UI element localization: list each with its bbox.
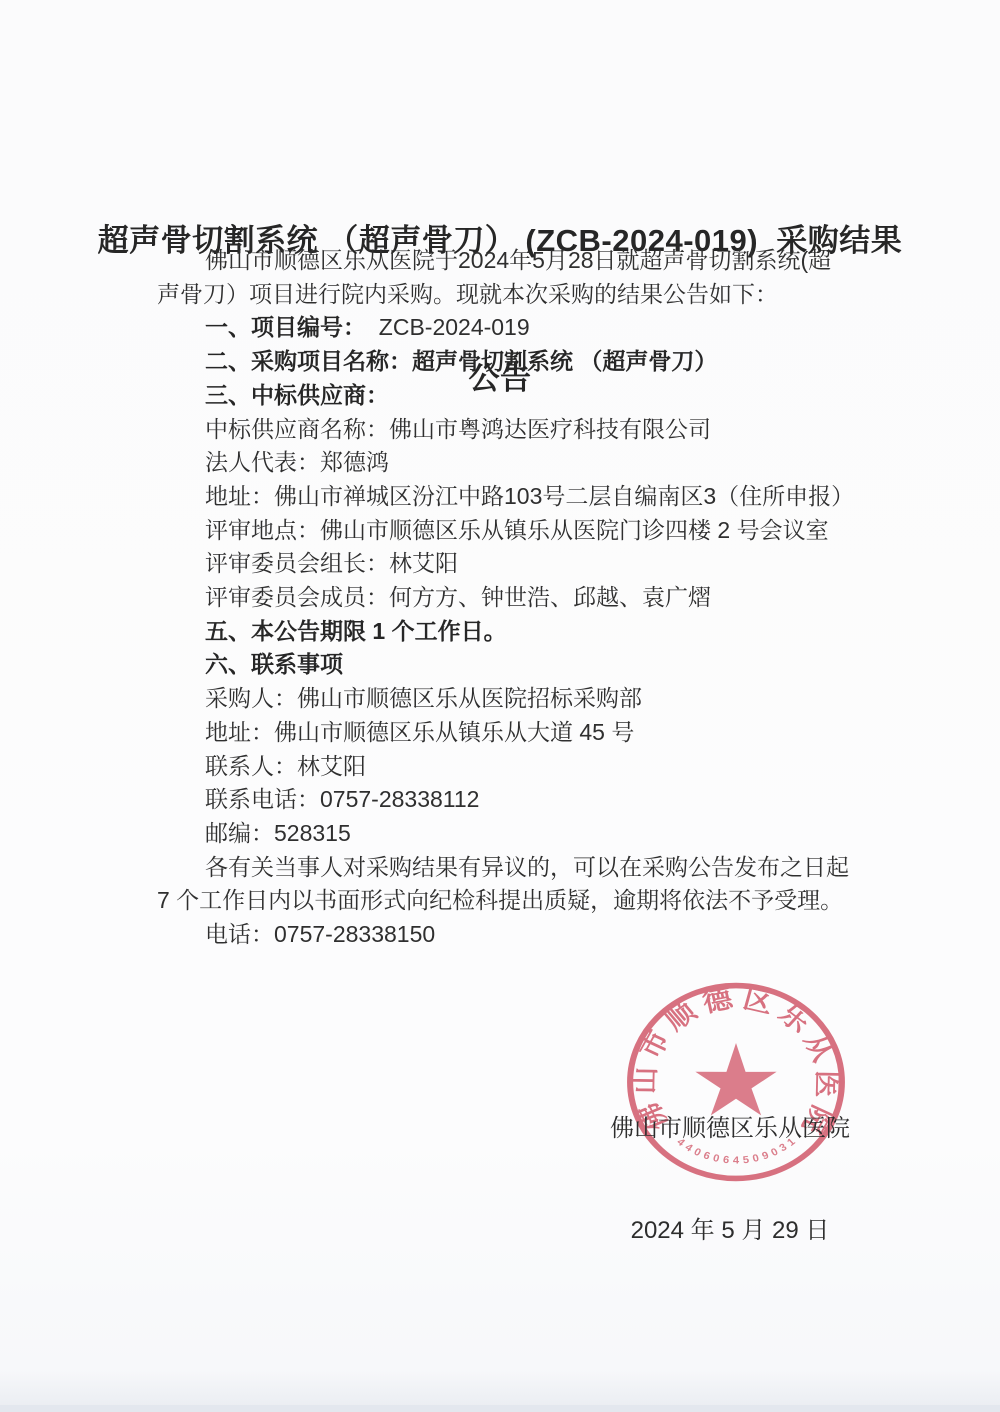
line-bold-label: 五、本公告期限 1 个工作日。	[205, 618, 507, 644]
document-line: 评审委员会成员：何方方、钟世浩、邱越、袁广熠	[157, 581, 875, 615]
document-line: 五、本公告期限 1 个工作日。	[157, 615, 875, 649]
document-line: 各有关当事人对采购结果有异议的，可以在采购公告发布之日起	[157, 851, 875, 885]
document-line: 联系人：林艾阳	[157, 750, 875, 784]
line-text: 评审地点：佛山市顺德区乐从镇乐从医院门诊四楼 2 号会议室	[205, 517, 829, 543]
document-line: 联系电话：0757-28338112	[157, 783, 875, 817]
document-line: 地址：佛山市顺德区乐从镇乐从大道 45 号	[157, 716, 875, 750]
line-bold-label: 一、项目编号：	[205, 314, 366, 340]
line-text: 联系电话：0757-28338112	[205, 786, 479, 812]
line-text: 联系人：林艾阳	[205, 753, 366, 779]
signature-block: 佛山市顺德区乐从医院 2024 年 5 月 29 日	[582, 1044, 878, 1316]
line-text: 各有关当事人对采购结果有异议的，可以在采购公告发布之日起	[205, 854, 849, 880]
document-line: 法人代表：郑德鸿	[157, 446, 875, 480]
document-line: 三、中标供应商：	[157, 379, 875, 413]
line-text: 佛山市顺德区乐从医院于2024年5月28日就超声骨切割系统(超	[205, 247, 831, 273]
document-line: 声骨刀）项目进行院内采购。现就本次采购的结果公告如下：	[157, 278, 875, 312]
signature-date: 2024 年 5 月 29 日	[582, 1214, 878, 1248]
line-text: ZCB-2024-019	[366, 314, 530, 340]
document-line: 电话：0757-28338150	[157, 918, 875, 952]
line-text: 电话：0757-28338150	[205, 921, 435, 947]
document-line: 地址：佛山市禅城区汾江中路103号二层自编南区3（住所申报）	[157, 480, 875, 514]
document-body: 佛山市顺德区乐从医院于2024年5月28日就超声骨切割系统(超声骨刀）项目进行院…	[157, 244, 875, 952]
line-text: 地址：佛山市顺德区乐从镇乐从大道 45 号	[205, 719, 634, 745]
scan-bottom-edge	[0, 1405, 1000, 1412]
document-line: 中标供应商名称：佛山市粤鸿达医疗科技有限公司	[157, 413, 875, 447]
line-text: 采购人：佛山市顺德区乐从医院招标采购部	[205, 685, 642, 711]
line-text: 中标供应商名称：佛山市粤鸿达医疗科技有限公司	[205, 416, 711, 442]
document-line: 评审委员会组长：林艾阳	[157, 547, 875, 581]
line-text: 声骨刀）项目进行院内采购。现就本次采购的结果公告如下：	[157, 281, 778, 307]
line-text: 评审委员会成员：何方方、钟世浩、邱越、袁广熠	[205, 584, 711, 610]
line-text: 法人代表：郑德鸿	[205, 449, 389, 475]
line-bold-label: 二、采购项目名称：超声骨切割系统 （超声骨刀）	[205, 348, 717, 374]
document-line: 邮编：528315	[157, 817, 875, 851]
line-text: 地址：佛山市禅城区汾江中路103号二层自编南区3（住所申报）	[205, 483, 854, 509]
signature-org: 佛山市顺德区乐从医院	[582, 1112, 878, 1146]
document-line: 7 个工作日内以书面形式向纪检科提出质疑，逾期将依法不予受理。	[157, 884, 875, 918]
line-text: 7 个工作日内以书面形式向纪检科提出质疑，逾期将依法不予受理。	[157, 887, 843, 913]
document-line: 佛山市顺德区乐从医院于2024年5月28日就超声骨切割系统(超	[157, 244, 875, 278]
document-line: 六、联系事项	[157, 648, 875, 682]
line-bold-label: 三、中标供应商：	[205, 382, 389, 408]
document-line: 一、项目编号： ZCB-2024-019	[157, 311, 875, 345]
document-line: 采购人：佛山市顺德区乐从医院招标采购部	[157, 682, 875, 716]
line-bold-label: 六、联系事项	[205, 651, 343, 677]
scanned-document-page: 超声骨切割系统 （超声骨刀） (ZCB-2024-019) 采购结果 公告 佛山…	[0, 0, 1000, 1412]
document-line: 二、采购项目名称：超声骨切割系统 （超声骨刀）	[157, 345, 875, 379]
document-line: 评审地点：佛山市顺德区乐从镇乐从医院门诊四楼 2 号会议室	[157, 514, 875, 548]
line-text: 评审委员会组长：林艾阳	[205, 550, 458, 576]
line-text: 邮编：528315	[205, 820, 351, 846]
